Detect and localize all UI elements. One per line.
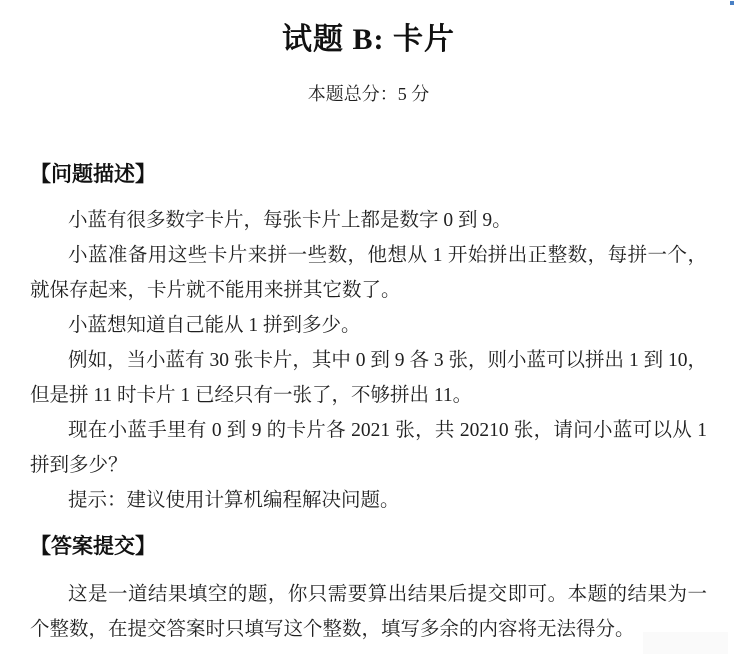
paragraph: 提示：建议使用计算机编程解决问题。 xyxy=(30,483,707,518)
corner-marker xyxy=(730,1,734,5)
bottom-right-shade xyxy=(643,632,728,654)
paragraph: 这是一道结果填空的题，你只需要算出结果后提交即可。本题的结果为一个整数，在提交答… xyxy=(30,577,707,647)
paragraph: 小蓝想知道自己能从 1 拼到多少。 xyxy=(30,308,707,343)
section: 【答案提交】这是一道结果填空的题，你只需要算出结果后提交即可。本题的结果为一个整… xyxy=(30,533,707,647)
page-title: 试题 B: 卡片 xyxy=(30,22,707,58)
page-subtitle: 本题总分：5 分 xyxy=(30,83,707,105)
paragraph: 例如，当小蓝有 30 张卡片，其中 0 到 9 各 3 张，则小蓝可以拼出 1 … xyxy=(30,343,707,413)
sections: 【问题描述】小蓝有很多数字卡片，每张卡片上都是数字 0 到 9。小蓝准备用这些卡… xyxy=(30,161,707,647)
section-heading: 【答案提交】 xyxy=(30,533,707,561)
document-page: 试题 B: 卡片 本题总分：5 分 【问题描述】小蓝有很多数字卡片，每张卡片上都… xyxy=(0,0,735,661)
section: 【问题描述】小蓝有很多数字卡片，每张卡片上都是数字 0 到 9。小蓝准备用这些卡… xyxy=(30,161,707,518)
paragraph: 小蓝准备用这些卡片来拼一些数，他想从 1 开始拼出正整数，每拼一个，就保存起来，… xyxy=(30,238,707,308)
paragraph: 小蓝有很多数字卡片，每张卡片上都是数字 0 到 9。 xyxy=(30,203,707,238)
paragraph: 现在小蓝手里有 0 到 9 的卡片各 2021 张，共 20210 张，请问小蓝… xyxy=(30,413,707,483)
section-heading: 【问题描述】 xyxy=(30,161,707,189)
